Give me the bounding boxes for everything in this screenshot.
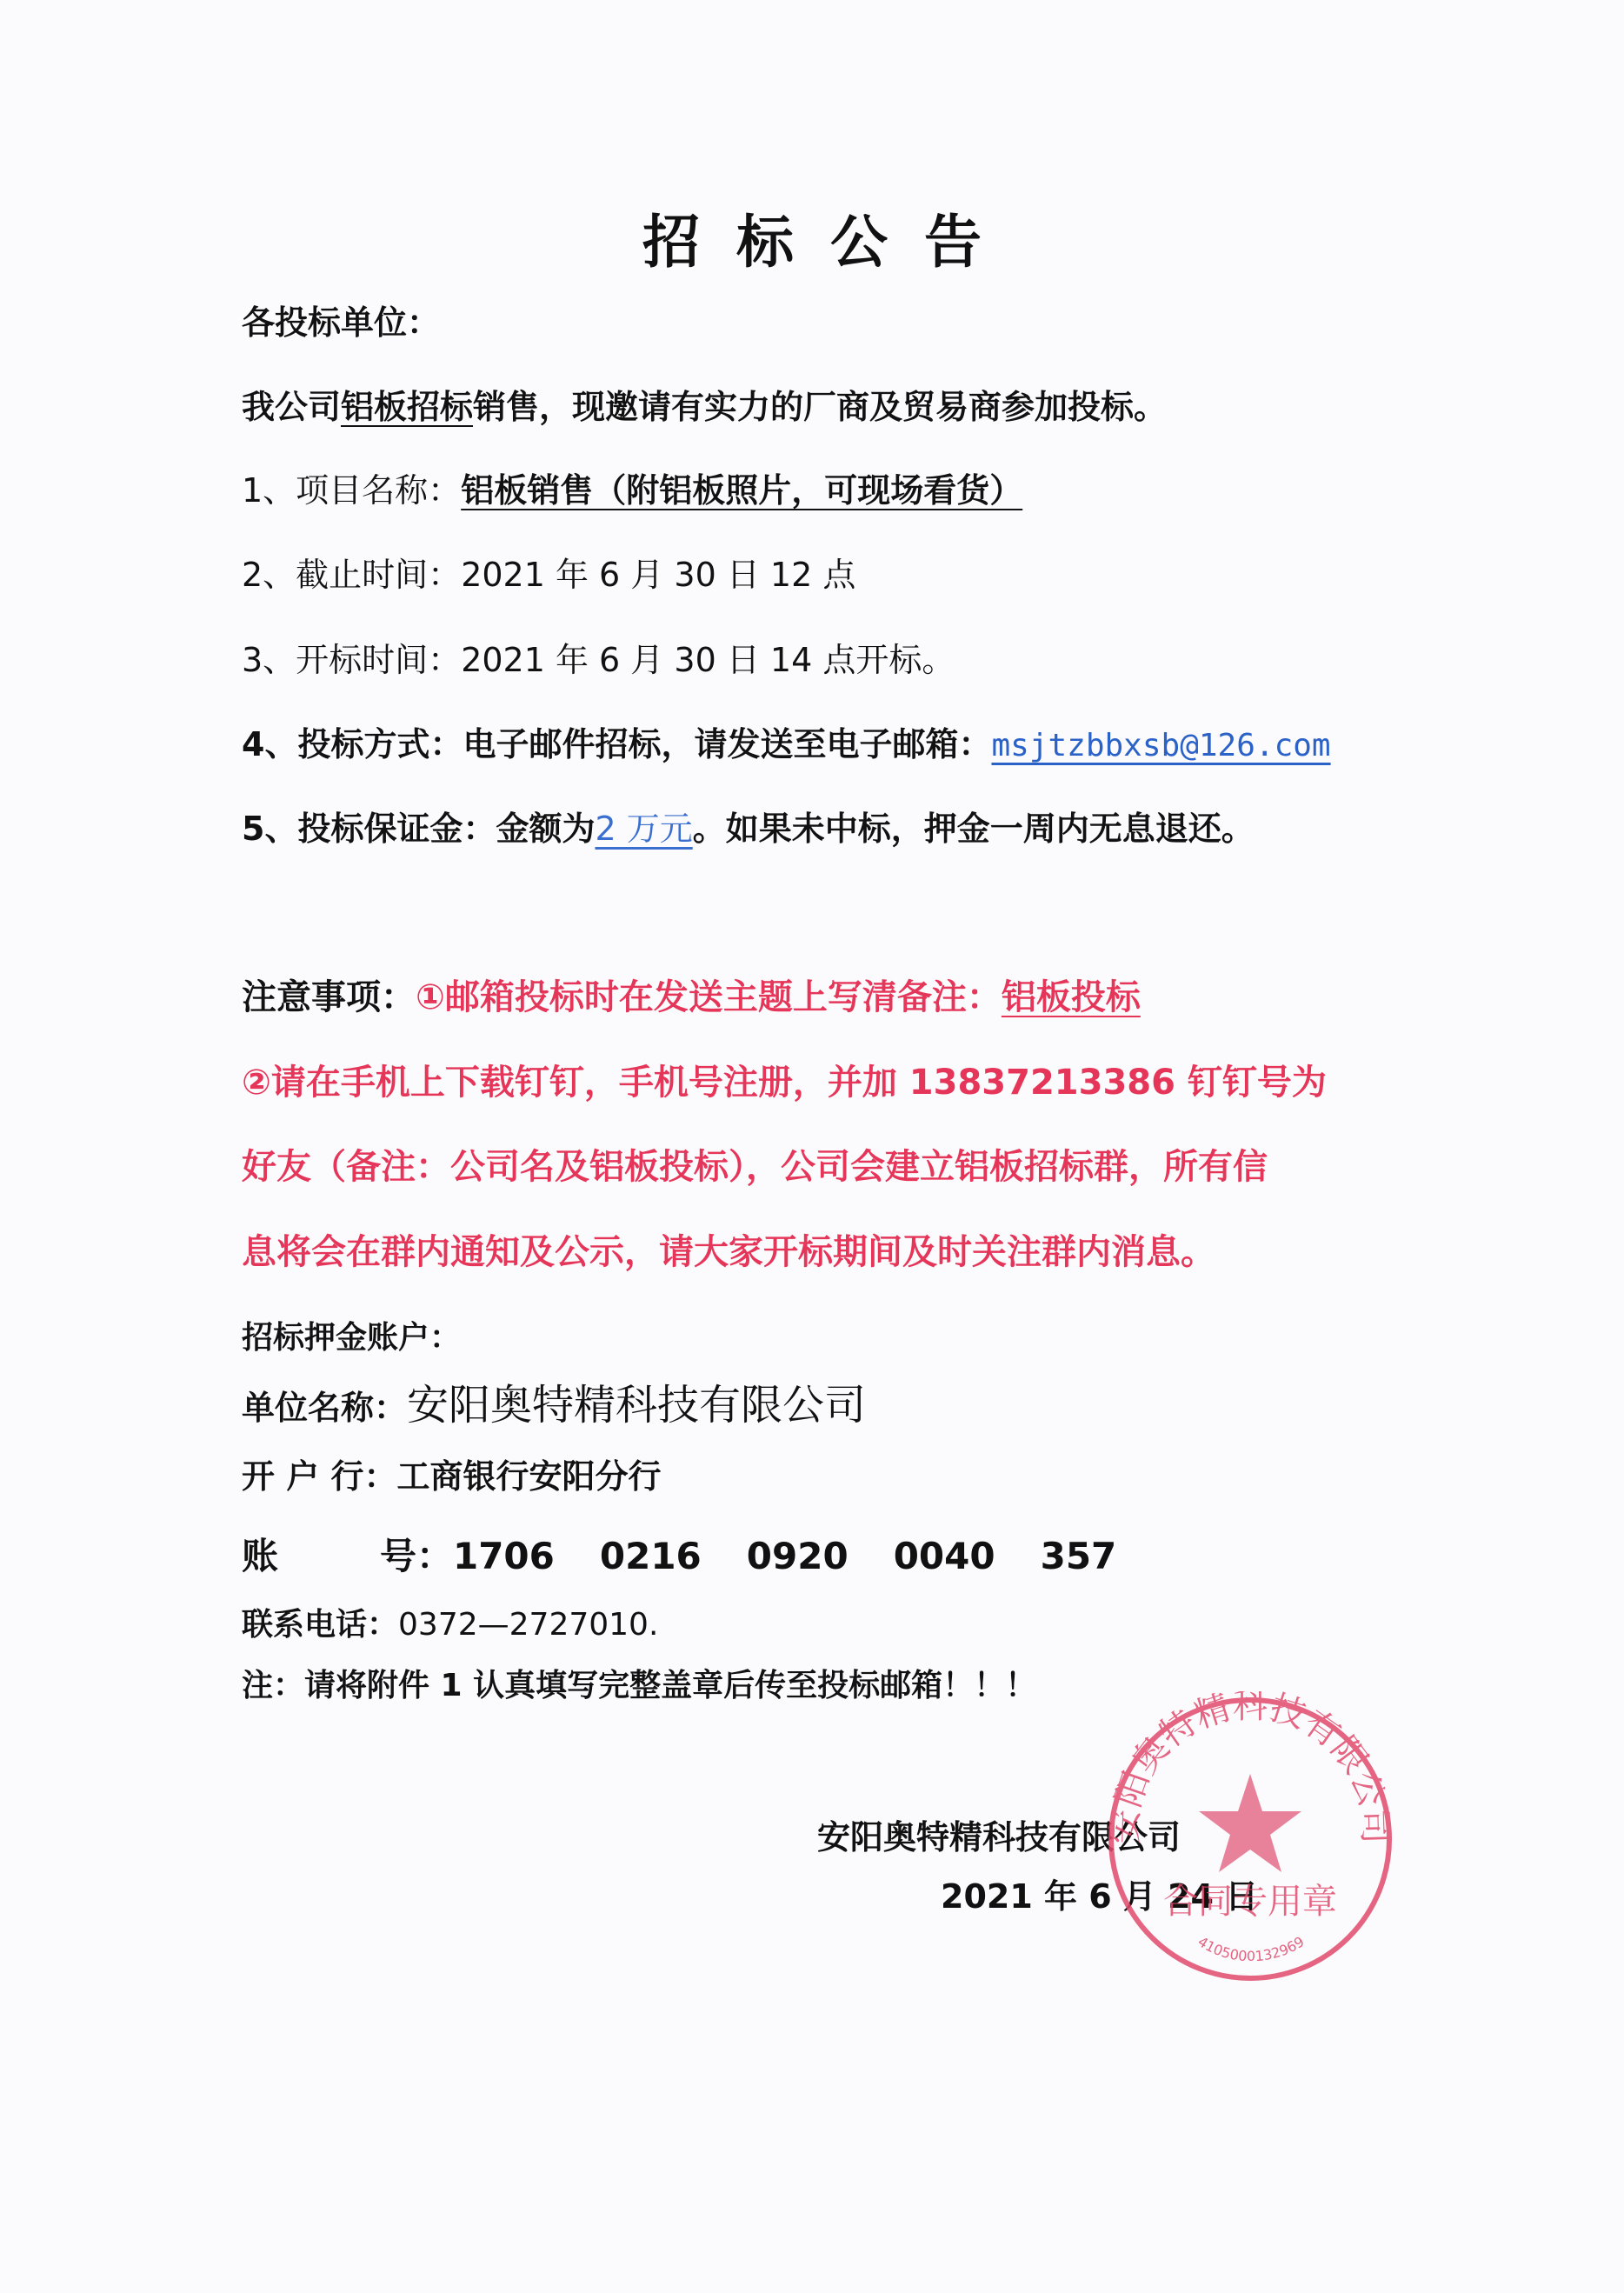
item-bid-method: 4、投标方式：电子邮件招标，请发送至电子邮箱：msjtzbbxsb@126.co…	[242, 717, 1331, 765]
account-heading: 招标押金账户：	[242, 1313, 461, 1357]
account-name-value: 安阳奥特精科技有限公司	[407, 1381, 866, 1430]
account-bank-value: 工商银行安阳分行	[396, 1457, 661, 1496]
signature-company: 安阳奥特精科技有限公司	[817, 1810, 1181, 1858]
notes-item-1-underlined: 铝板投标	[1002, 977, 1141, 1017]
account-number-group: 0040	[894, 1535, 995, 1577]
item-value: 铝板销售（附铝板照片，可现场看货）	[461, 471, 1022, 510]
account-bank-label: 开 户 行：	[242, 1457, 396, 1496]
attachment-note: 注：请将附件 1 认真填写完整盖章后传至投标邮箱！！！	[242, 1661, 1036, 1705]
account-name-label: 单位名称：	[242, 1389, 407, 1427]
contact-phone-label: 联系电话：	[242, 1607, 398, 1643]
item-deadline: 2、截止时间：2021 年 6 月 30 日 12 点	[242, 548, 855, 596]
item-project-name: 1、项目名称：铝板销售（附铝板照片，可现场看货）	[242, 463, 1022, 511]
item-value: 2021 年 6 月 30 日 14 点开标。	[461, 641, 955, 679]
intro-paragraph: 我公司铝板招标销售，现邀请有实力的厂商及贸易商参加投标。	[242, 380, 1167, 428]
item-label: 2、截止时间：	[242, 556, 461, 594]
item-label: 5、投标保证金：	[242, 810, 496, 848]
intro-prefix: 我公司	[242, 388, 341, 426]
document-title: 招标公告	[0, 196, 1624, 278]
account-number-group: 357	[1041, 1535, 1117, 1577]
tender-announcement-page: 招标公告 各投标单位： 我公司铝板招标销售，现邀请有实力的厂商及贸易商参加投标。…	[0, 0, 1624, 2293]
notes-item-1: ①邮箱投标时在发送主题上写清备注：	[416, 977, 1002, 1017]
intro-suffix: 销售，现邀请有实力的厂商及贸易商参加投标。	[473, 388, 1167, 426]
account-name-row: 单位名称：安阳奥特精科技有限公司	[242, 1371, 866, 1431]
item-opening-time: 3、开标时间：2021 年 6 月 30 日 14 点开标。	[242, 633, 955, 681]
item-label: 1、项目名称：	[242, 471, 461, 510]
notes-label: 注意事项：	[242, 977, 416, 1017]
item-value: 2021 年 6 月 30 日 12 点	[461, 556, 855, 594]
account-bank-row: 开 户 行：工商银行安阳分行	[242, 1450, 661, 1497]
account-number-group: 1706	[453, 1535, 555, 1577]
signature-date: 2021 年 6 月 24 日	[941, 1870, 1258, 1917]
item-value: 电子邮件招标，请发送至电子邮箱：	[463, 725, 991, 763]
salutation: 各投标单位：	[242, 296, 440, 343]
deposit-amount: 2 万元	[595, 810, 692, 848]
item-value-prefix: 金额为	[496, 810, 595, 848]
contact-phone-row: 联系电话：0372—2727010.	[242, 1600, 658, 1644]
item-label: 3、开标时间：	[242, 641, 461, 679]
item-label: 4、投标方式：	[242, 725, 463, 763]
account-number-row: 账 号：1706021609200040357	[242, 1528, 1161, 1580]
notes-line-3: 好友（备注：公司名及铝板投标），公司会建立铝板招标群，所有信	[242, 1139, 1268, 1189]
svg-text:4105000132969: 4105000132969	[1195, 1933, 1307, 1964]
email-link[interactable]: msjtzbbxsb@126.com	[991, 728, 1330, 763]
account-number-group: 0920	[747, 1535, 849, 1577]
account-number-label: 账 号：	[242, 1535, 453, 1577]
contact-phone-value: 0372—2727010.	[398, 1607, 658, 1643]
star-icon	[1199, 1774, 1301, 1872]
account-number-group: 0216	[600, 1535, 702, 1577]
item-bid-deposit: 5、投标保证金：金额为2 万元。如果未中标，押金一周内无息退还。	[242, 802, 1255, 850]
notes-line-1: 注意事项：①邮箱投标时在发送主题上写清备注：铝板投标	[242, 970, 1141, 1019]
notes-line-2: ②请在手机上下载钉钉，手机号注册，并加 13837213386 钉钉号为	[242, 1055, 1327, 1104]
item-value-suffix: 。如果未中标，押金一周内无息退还。	[693, 810, 1255, 848]
intro-underlined: 铝板招标	[341, 388, 473, 426]
notes-line-4: 息将会在群内通知及公示，请大家开标期间及时关注群内消息。	[242, 1224, 1215, 1274]
